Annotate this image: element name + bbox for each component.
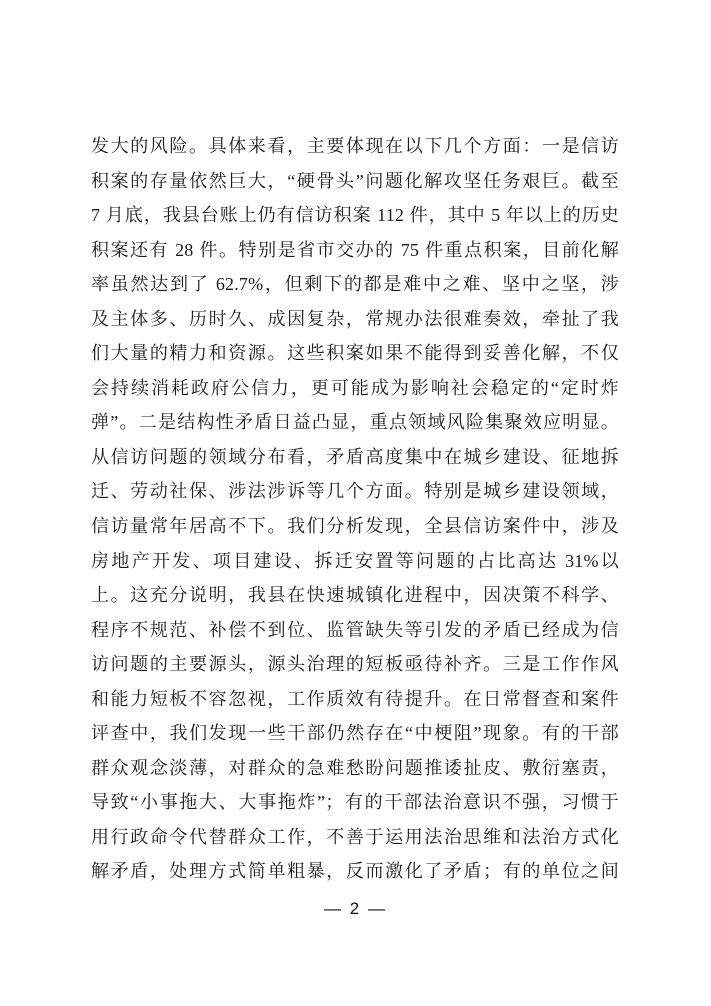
text-line: 们大量的精力和资源。这些积案如果不能得到妥善化解，不仅 (91, 336, 619, 371)
text-line: 率虽然达到了 62.7%，但剩下的都是难中之难、坚中之坚，涉 (91, 267, 619, 302)
text-line: 群众观念淡薄，对群众的急难愁盼问题推诿扯皮、敷衍塞责， (91, 751, 619, 786)
document-page: 发大的风险。具体来看，主要体现在以下几个方面：一是信访 积案的存量依然巨大，“硬… (0, 0, 711, 1006)
text-line: 及主体多、历时久、成因复杂，常规办法很难奏效，牵扯了我 (91, 302, 619, 337)
text-line: 迁、劳动社保、涉法涉诉等几个方面。特别是城乡建设领域， (91, 474, 619, 509)
text-line: 上。这充分说明，我县在快速城镇化进程中，因决策不科学、 (91, 578, 619, 613)
text-line: 7 月底，我县台账上仍有信访积案 112 件，其中 5 年以上的历史 (91, 198, 619, 233)
text-line: 和能力短板不容忽视，工作质效有待提升。在日常督查和案件 (91, 682, 619, 717)
text-line: 解矛盾，处理方式简单粗暴，反而激化了矛盾；有的单位之间 (91, 854, 619, 889)
text-line: 访问题的主要源头，源头治理的短板亟待补齐。三是工作作风 (91, 647, 619, 682)
text-line: 积案的存量依然巨大，“硬骨头”问题化解攻坚任务艰巨。截至 (91, 164, 619, 199)
text-line: 信访量常年居高不下。我们分析发现，全县信访案件中，涉及 (91, 509, 619, 544)
text-line: 会持续消耗政府公信力，更可能成为影响社会稳定的“定时炸 (91, 371, 619, 406)
text-line: 弹”。二是结构性矛盾日益凸显，重点领域风险集聚效应明显。 (91, 405, 619, 440)
text-line: 导致“小事拖大、大事拖炸”；有的干部法治意识不强，习惯于 (91, 785, 619, 820)
text-line: 发大的风险。具体来看，主要体现在以下几个方面：一是信访 (91, 129, 619, 164)
text-line: 用行政命令代替群众工作，不善于运用法治思维和法治方式化 (91, 820, 619, 855)
text-line: 房地产开发、项目建设、拆迁安置等问题的占比高达 31%以 (91, 544, 619, 579)
body-text-block: 发大的风险。具体来看，主要体现在以下几个方面：一是信访 积案的存量依然巨大，“硬… (91, 129, 619, 889)
text-line: 积案还有 28 件。特别是省市交办的 75 件重点积案，目前化解 (91, 233, 619, 268)
page-number: — 2 — (0, 899, 711, 919)
text-line: 从信访问题的领域分布看，矛盾高度集中在城乡建设、征地拆 (91, 440, 619, 475)
text-line: 程序不规范、补偿不到位、监管缺失等引发的矛盾已经成为信 (91, 613, 619, 648)
text-line: 评查中，我们发现一些干部仍然存在“中梗阻”现象。有的干部 (91, 716, 619, 751)
